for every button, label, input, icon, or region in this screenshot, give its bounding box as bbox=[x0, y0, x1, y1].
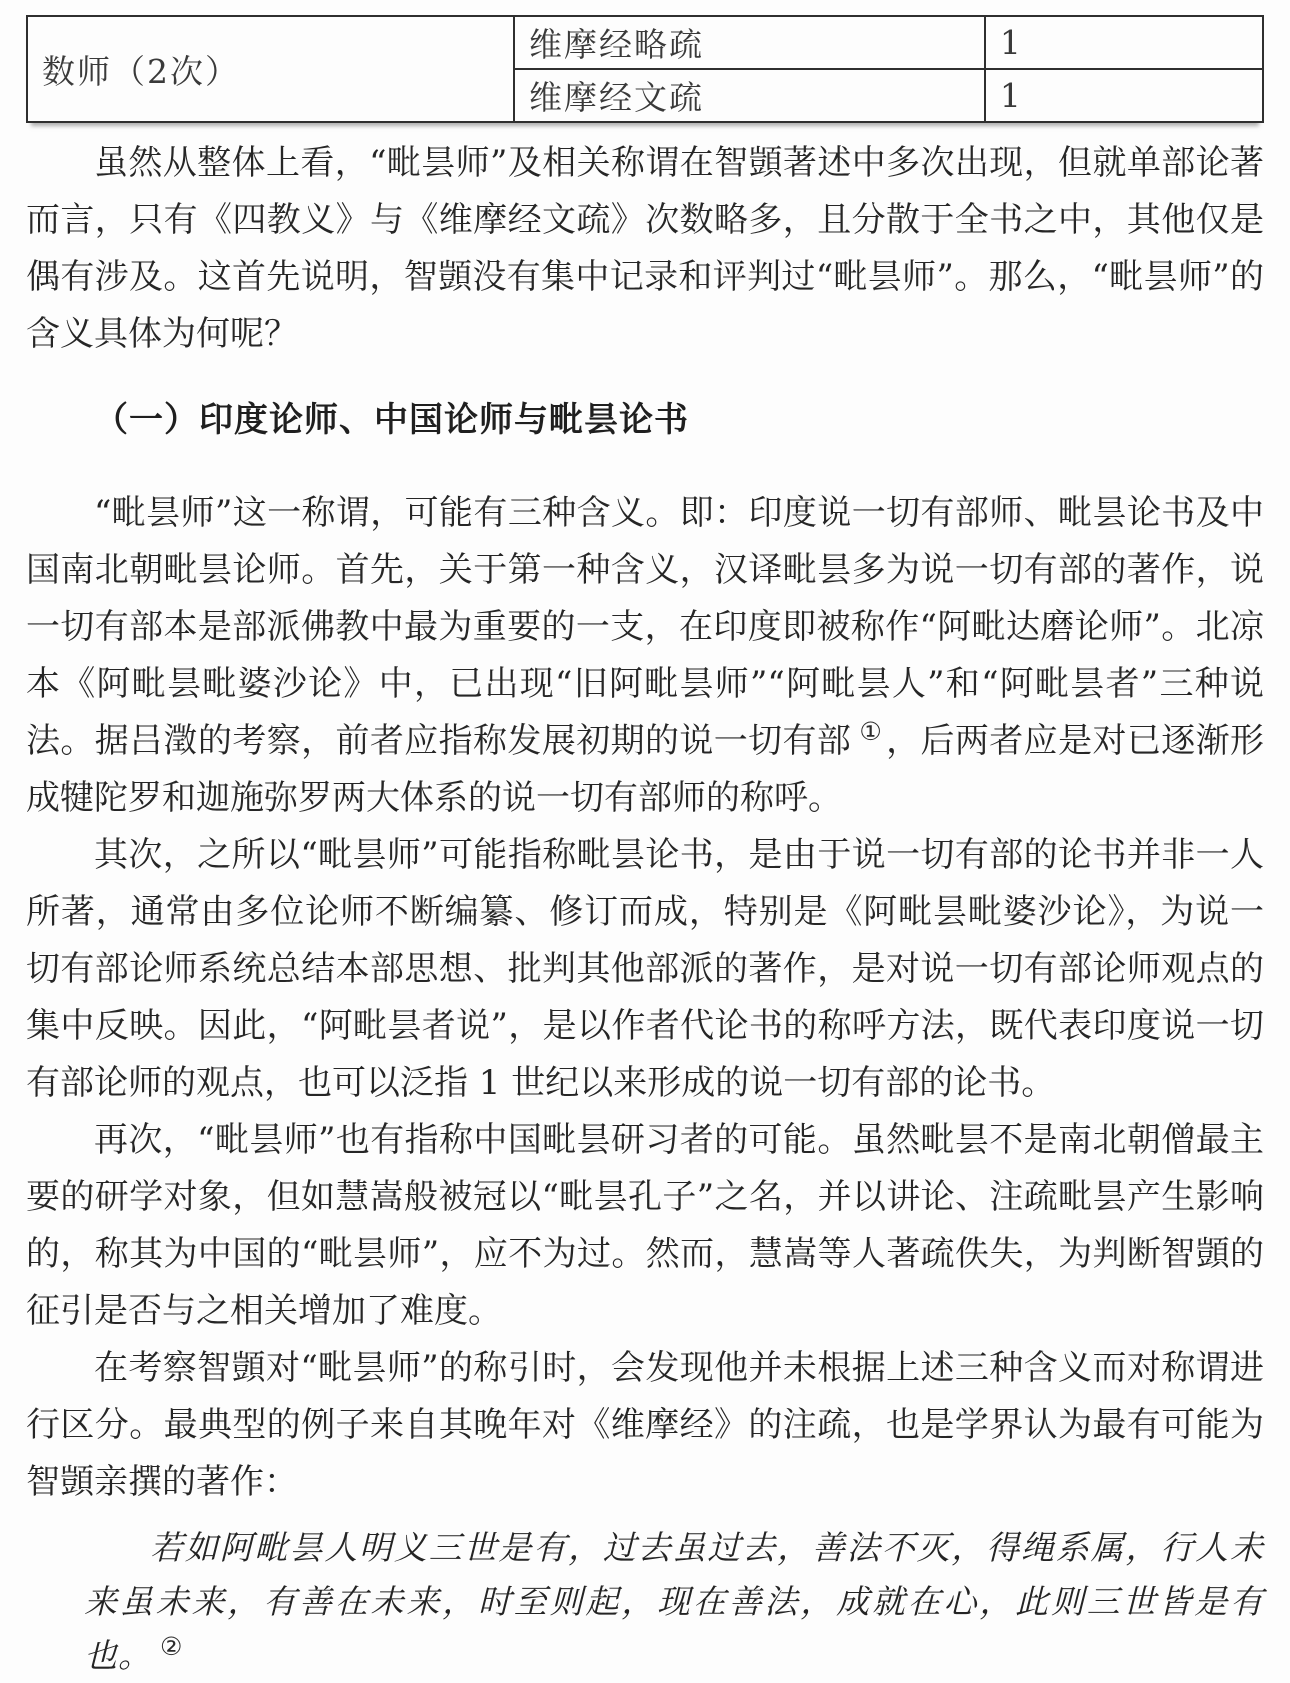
paragraph-zhiyi-citation: 在考察智顗对“毗昙师”的称引时，会发现他并未根据上述三种含义而对称谓进行区分。最… bbox=[26, 1340, 1264, 1511]
section-heading: （一）印度论师、中国论师与毗昙论书 bbox=[26, 395, 1264, 445]
paragraph-second-meaning: 其次，之所以“毗昙师”可能指称毗昙论书，是由于说一切有部的论书并非一人所著，通常… bbox=[26, 827, 1264, 1112]
footnote-marker-1: ① bbox=[859, 717, 882, 746]
paragraph-three-meanings: “毗昙师”这一称谓，可能有三种含义。即：印度说一切有部师、毗昙论书及中国南北朝毗… bbox=[26, 485, 1264, 827]
table-row: 数师（2次） 维摩经略疏 1 bbox=[27, 16, 1263, 69]
table-cell-count: 1 bbox=[985, 69, 1263, 122]
footnote-marker-2: ② bbox=[160, 1632, 183, 1661]
table-cell-work: 维摩经略疏 bbox=[514, 16, 985, 69]
quote-text: 若如阿毗昙人明义三世是有，过去虽过去，善法不灭，得绳系属，行人未来虽未来，有善在… bbox=[84, 1528, 1264, 1675]
table-cell-group-label: 数师（2次） bbox=[27, 16, 514, 122]
citation-count-table: 数师（2次） 维摩经略疏 1 维摩经文疏 1 bbox=[26, 15, 1264, 123]
block-quote: 若如阿毗昙人明义三世是有，过去虽过去，善法不灭，得绳系属，行人未来虽未来，有善在… bbox=[84, 1521, 1264, 1683]
paragraph-third-meaning: 再次，“毗昙师”也有指称中国毗昙研习者的可能。虽然毗昙不是南北朝僧最主要的研学对… bbox=[26, 1112, 1264, 1340]
document-page: 数师（2次） 维摩经略疏 1 维摩经文疏 1 虽然从整体上看，“毗昙师”及相关称… bbox=[0, 0, 1290, 1683]
table-cell-count: 1 bbox=[985, 16, 1263, 69]
table-cell-work: 维摩经文疏 bbox=[514, 69, 985, 122]
paragraph-overview: 虽然从整体上看，“毗昙师”及相关称谓在智顗著述中多次出现，但就单部论著而言，只有… bbox=[26, 135, 1264, 363]
